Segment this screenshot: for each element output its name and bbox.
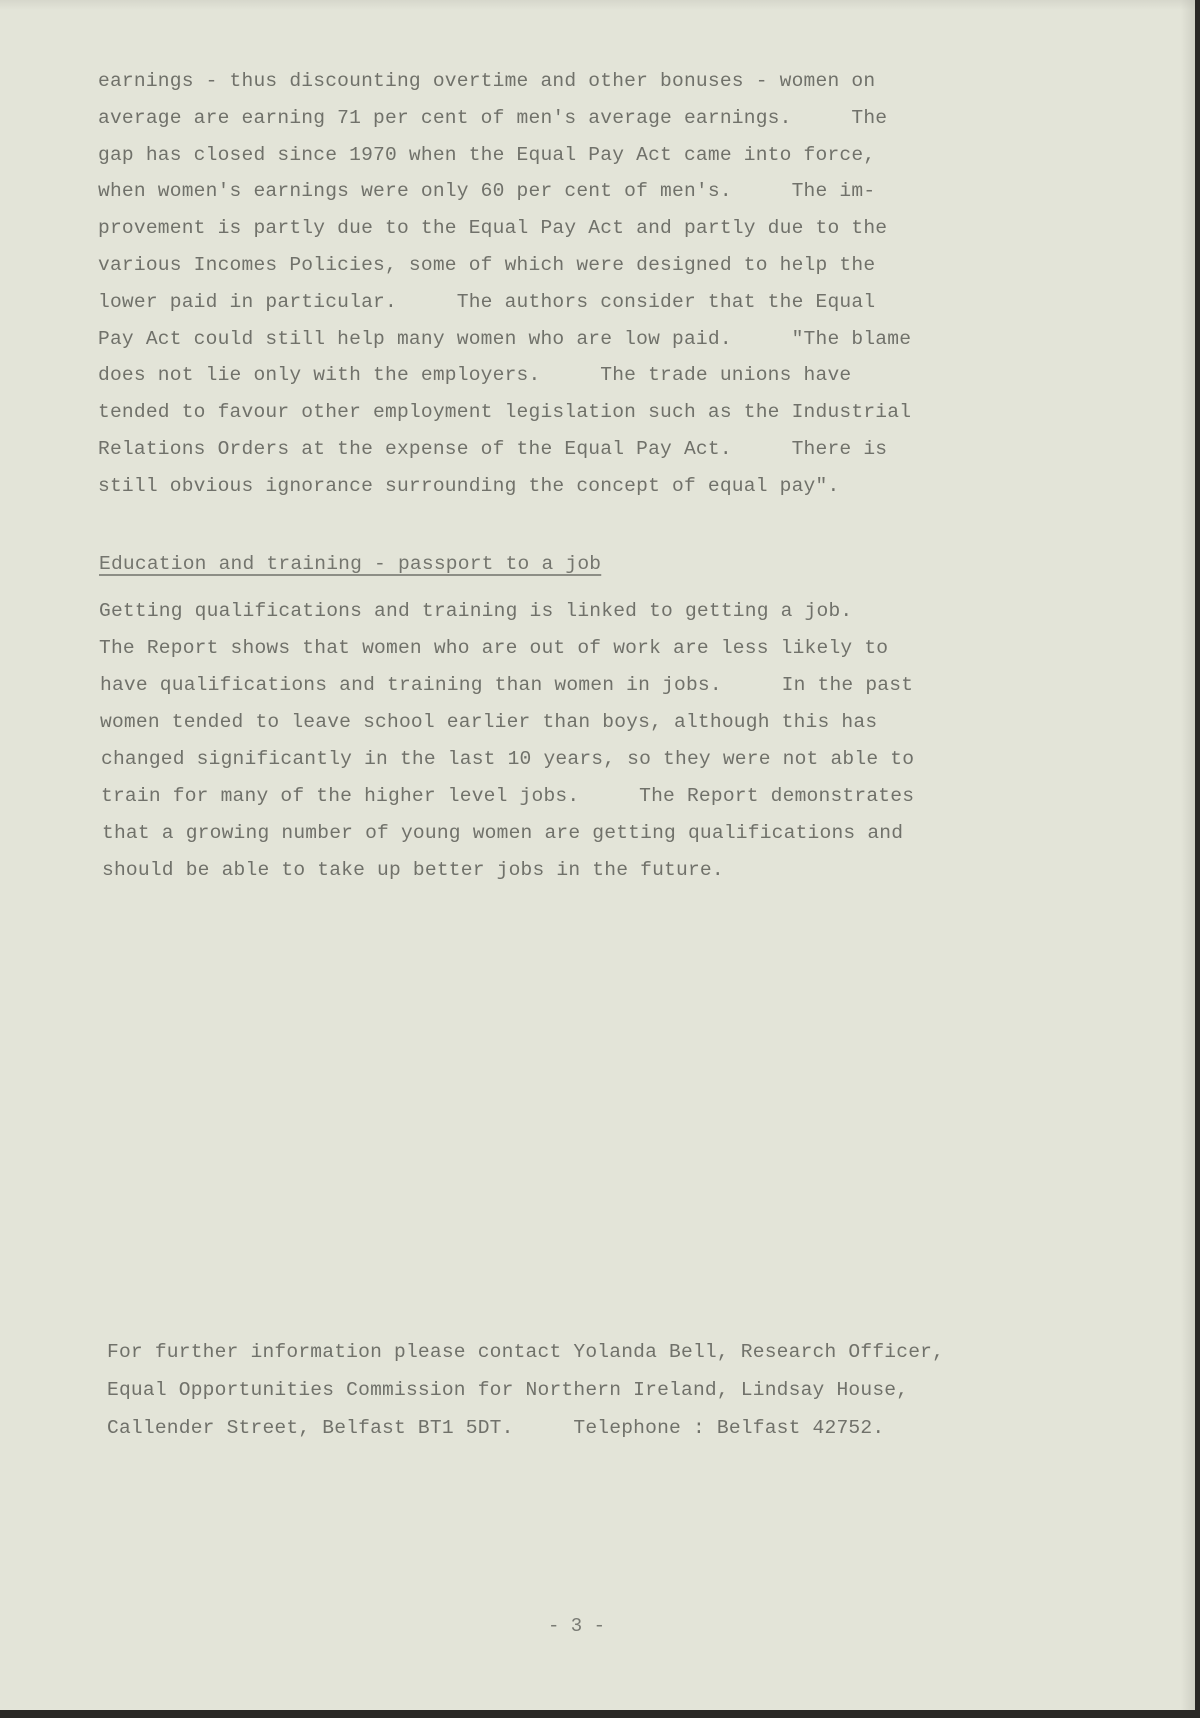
text-line: still obvious ignorance surrounding the …	[98, 477, 839, 497]
text-line: changed significantly in the last 10 yea…	[101, 750, 914, 770]
text-line: lower paid in particular. The authors co…	[98, 293, 875, 313]
text-line: women tended to leave school earlier tha…	[100, 713, 877, 733]
page-number: - 3 -	[548, 1617, 605, 1636]
text-line: have qualifications and training than wo…	[100, 676, 913, 696]
text-line: should be able to take up better jobs in…	[102, 861, 724, 881]
text-line: provement is partly due to the Equal Pay…	[98, 219, 887, 239]
text-line: The Report shows that women who are out …	[99, 639, 888, 659]
text-line: that a growing number of young women are…	[102, 824, 903, 844]
contact-line: Callender Street, Belfast BT1 5DT. Telep…	[107, 1419, 884, 1439]
document-page: earnings - thus discounting overtime and…	[0, 0, 1195, 1710]
contact-line: For further information please contact Y…	[107, 1343, 944, 1363]
text-line: Relations Orders at the expense of the E…	[98, 440, 887, 460]
text-line: does not lie only with the employers. Th…	[98, 366, 851, 386]
text-line: Pay Act could still help many women who …	[98, 330, 911, 350]
text-line: gap has closed since 1970 when the Equal…	[98, 146, 875, 166]
text-line: earnings - thus discounting overtime and…	[98, 72, 875, 92]
section-heading: Education and training - passport to a j…	[99, 555, 601, 575]
text-line: Getting qualifications and training is l…	[99, 602, 852, 622]
text-line: average are earning 71 per cent of men's…	[98, 109, 887, 129]
text-line: tended to favour other employment legisl…	[98, 403, 911, 423]
text-line: when women's earnings were only 60 per c…	[98, 182, 875, 202]
text-line: train for many of the higher level jobs.…	[101, 787, 914, 807]
text-line: various Incomes Policies, some of which …	[98, 256, 875, 276]
contact-line: Equal Opportunities Commission for North…	[107, 1381, 908, 1401]
